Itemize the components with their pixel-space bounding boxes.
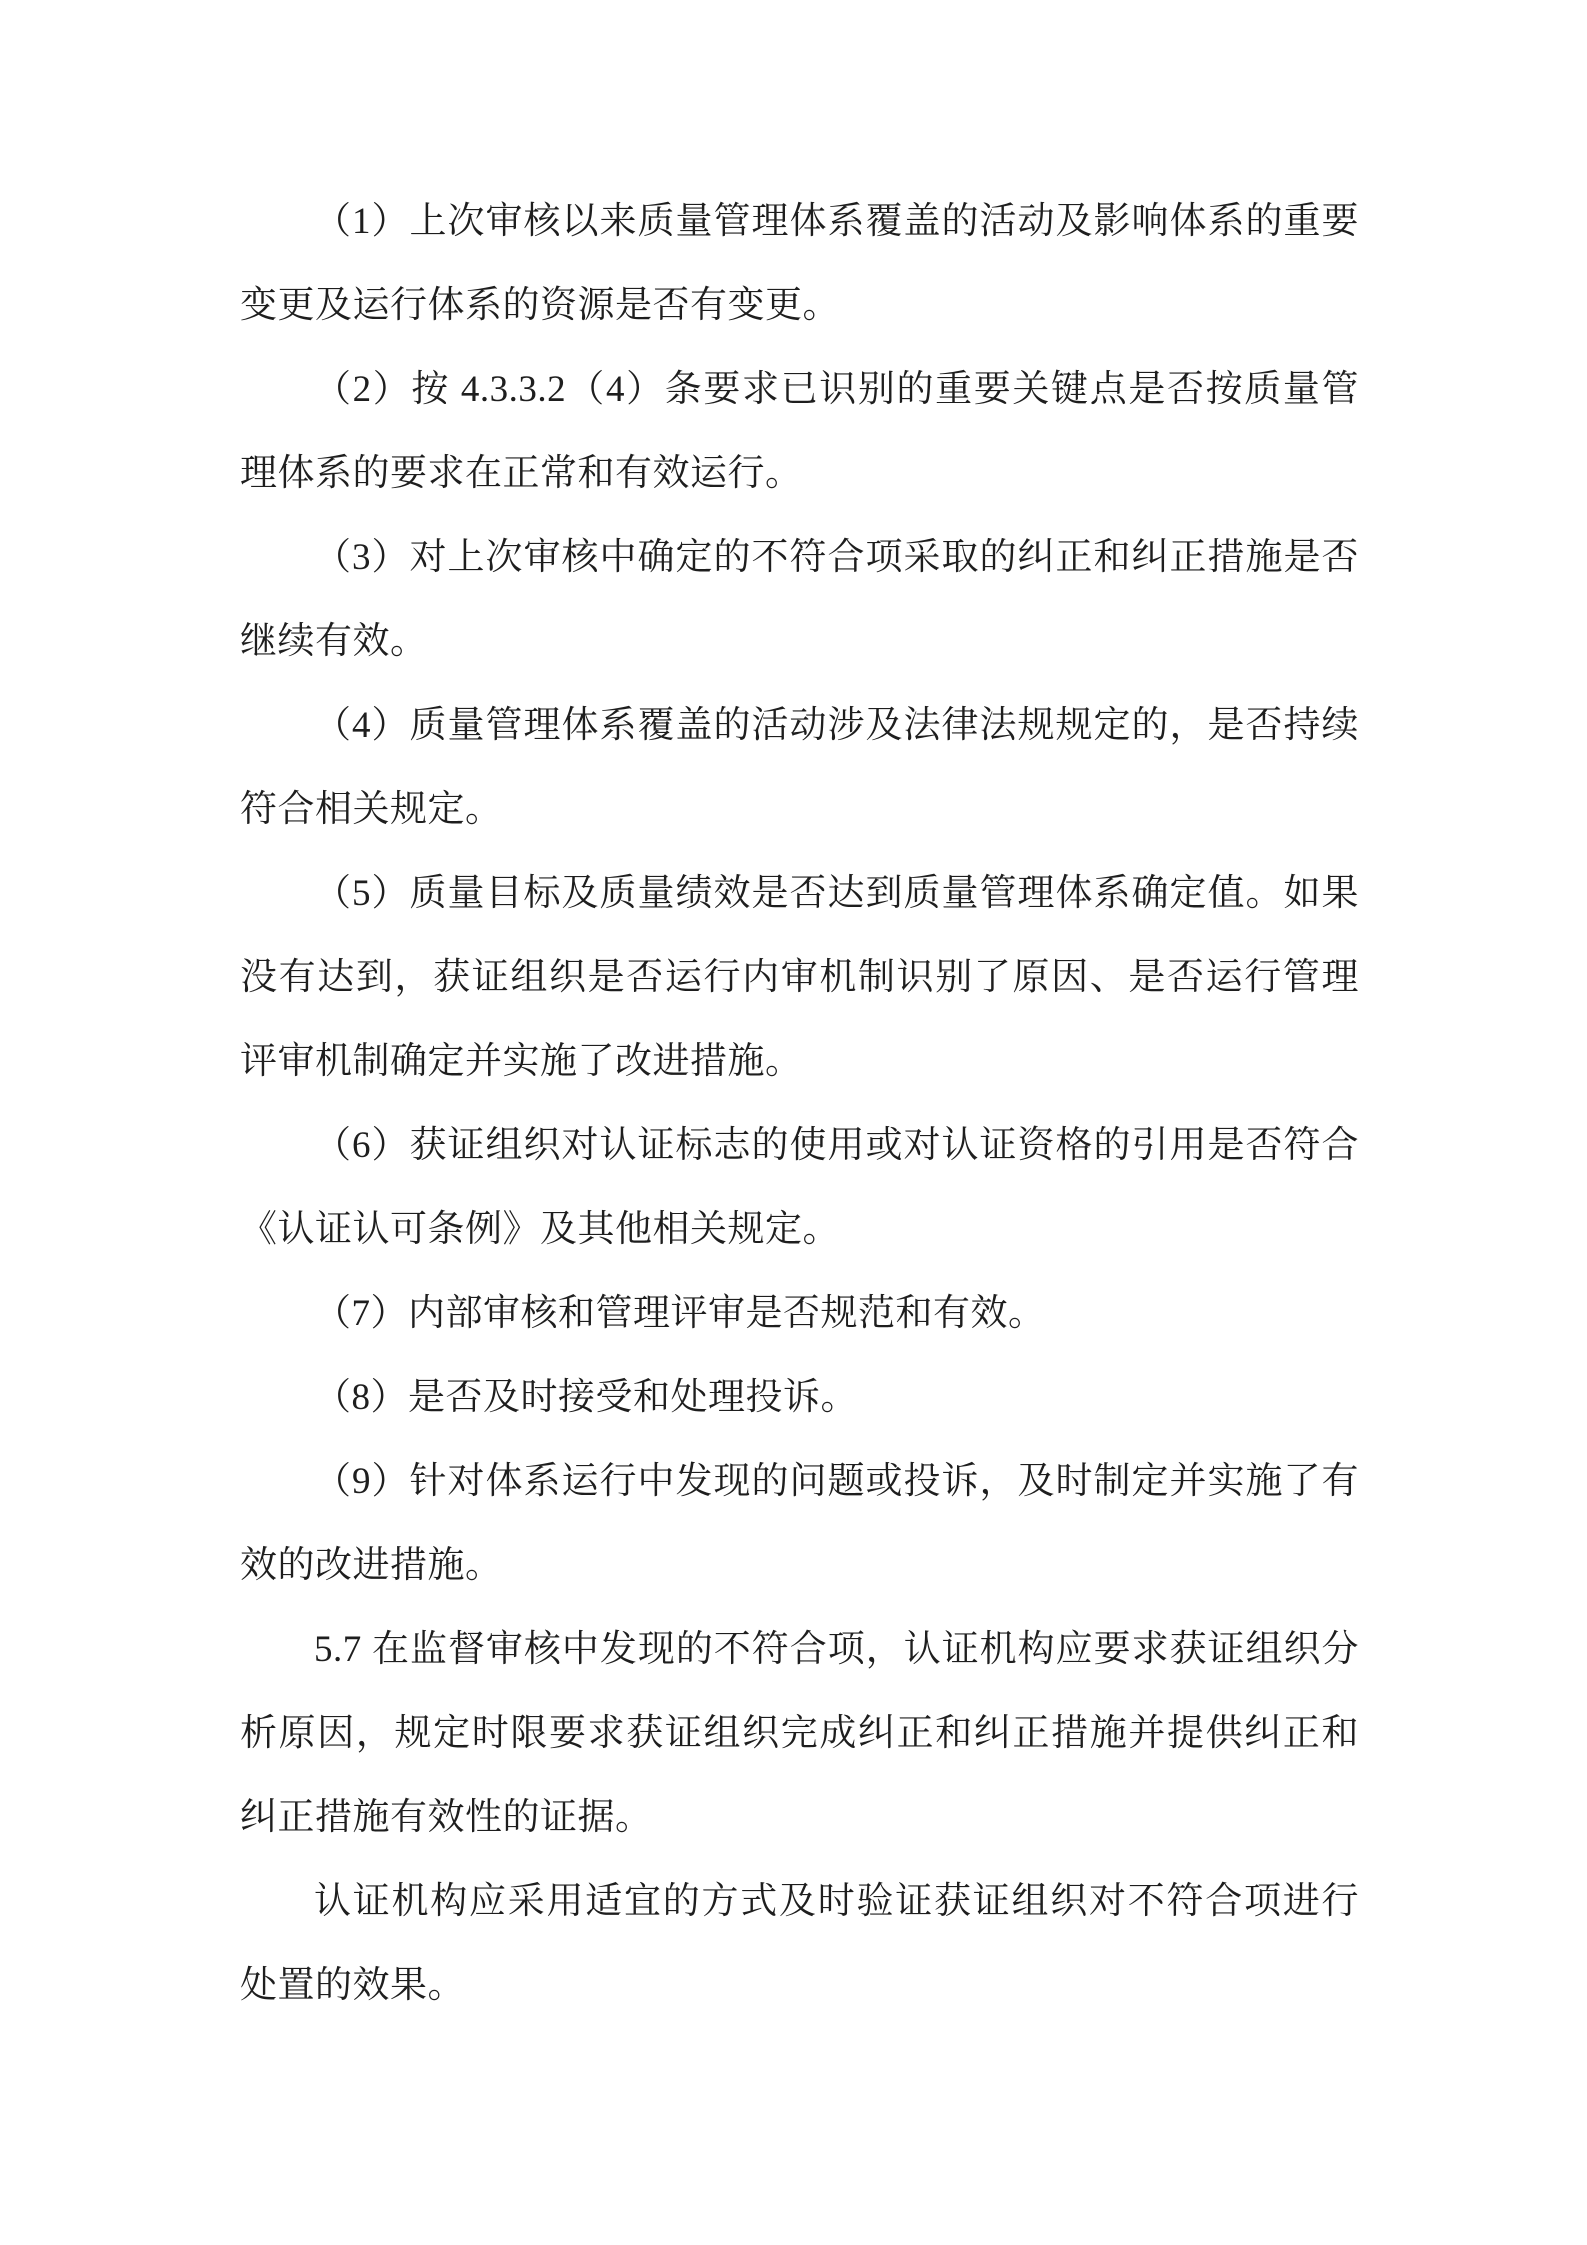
paragraph-item-7: （7）内部审核和管理评审是否规范和有效。	[240, 1272, 1359, 1356]
paragraph-item-11: 认证机构应采用适宜的方式及时验证获证组织对不符合项进行处置的效果。	[240, 1860, 1359, 2028]
paragraph-item-3: （3）对上次审核中确定的不符合项采取的纠正和纠正措施是否继续有效。	[240, 516, 1359, 684]
paragraph-item-5: （5）质量目标及质量绩效是否达到质量管理体系确定值。如果没有达到，获证组织是否运…	[240, 852, 1359, 1104]
paragraph-item-1: （1）上次审核以来质量管理体系覆盖的活动及影响体系的重要变更及运行体系的资源是否…	[240, 180, 1359, 348]
paragraph-item-4: （4）质量管理体系覆盖的活动涉及法律法规规定的，是否持续符合相关规定。	[240, 684, 1359, 852]
document-body: （1）上次审核以来质量管理体系覆盖的活动及影响体系的重要变更及运行体系的资源是否…	[240, 180, 1359, 2028]
paragraph-item-9: （9）针对体系运行中发现的问题或投诉，及时制定并实施了有效的改进措施。	[240, 1440, 1359, 1608]
paragraph-item-6: （6）获证组织对认证标志的使用或对认证资格的引用是否符合《认证认可条例》及其他相…	[240, 1104, 1359, 1272]
paragraph-item-10: 5.7 在监督审核中发现的不符合项，认证机构应要求获证组织分析原因，规定时限要求…	[240, 1608, 1359, 1860]
document-page: （1）上次审核以来质量管理体系覆盖的活动及影响体系的重要变更及运行体系的资源是否…	[0, 0, 1587, 2245]
paragraph-item-2: （2）按 4.3.3.2（4）条要求已识别的重要关键点是否按质量管理体系的要求在…	[240, 348, 1359, 516]
paragraph-item-8: （8）是否及时接受和处理投诉。	[240, 1356, 1359, 1440]
